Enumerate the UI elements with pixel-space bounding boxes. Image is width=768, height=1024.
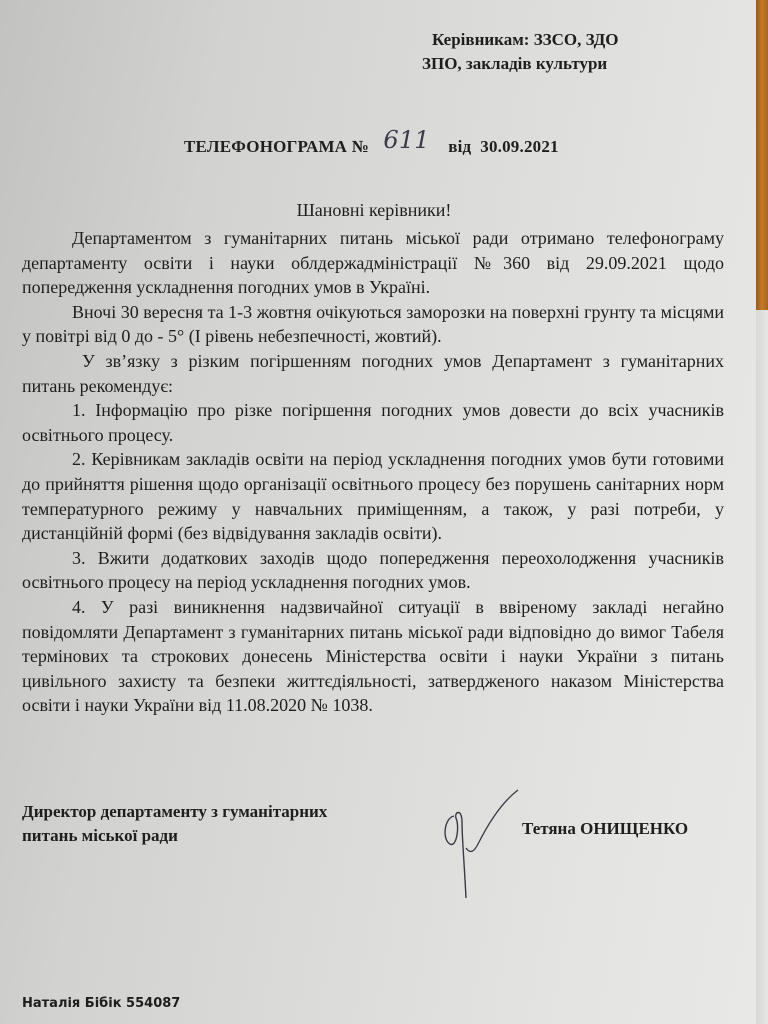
position-line-2: питань міської ради	[22, 824, 327, 848]
handwritten-signature-icon	[440, 788, 530, 908]
document-title: ТЕЛЕФОНОГРАМА № 611 від 30.09.2021	[184, 130, 559, 158]
addressee-line-2: ЗПО, закладів культури	[422, 52, 619, 76]
handwritten-number: 611	[383, 126, 429, 154]
addressee-line-1: Керівникам: ЗЗСО, ЗДО	[432, 28, 619, 52]
document-body: Департаментом з гуманітарних питань місь…	[22, 222, 724, 718]
position-line-1: Директор департаменту з гуманітарних	[22, 800, 327, 824]
document-date: 30.09.2021	[480, 137, 559, 156]
signatory-position: Директор департаменту з гуманітарних пит…	[22, 800, 327, 848]
addressee-block: Керівникам: ЗЗСО, ЗДО ЗПО, закладів куль…	[432, 28, 619, 76]
recommendation-item: 1. Інформацію про різке погіршення погод…	[22, 398, 724, 447]
recommendation-item: 2. Керівникам закладів освіти на період …	[22, 447, 724, 545]
greeting: Шановні керівники!	[0, 200, 748, 221]
title-text: ТЕЛЕФОНОГРАМА №	[184, 137, 369, 156]
signatory-name: Тетяна ОНИЩЕНКО	[522, 819, 688, 839]
paragraph-forecast: Вночі 30 вересня та 1-3 жовтня очікуютьс…	[22, 300, 724, 349]
paragraph-recommendation-intro: У зв’язку з різким погіршенням погодних …	[22, 349, 724, 398]
wooden-edge	[756, 0, 768, 310]
recommendation-item: 3. Вжити додаткових заходів щодо поперед…	[22, 546, 724, 595]
recommendation-item: 4. У разі виникнення надзвичайної ситуац…	[22, 595, 724, 718]
paragraph-intro: Департаментом з гуманітарних питань місь…	[22, 226, 724, 300]
paper-edge	[756, 310, 768, 1024]
executor-contact: Наталія Бібік 554087	[22, 996, 180, 1011]
date-prefix: від	[448, 137, 471, 156]
